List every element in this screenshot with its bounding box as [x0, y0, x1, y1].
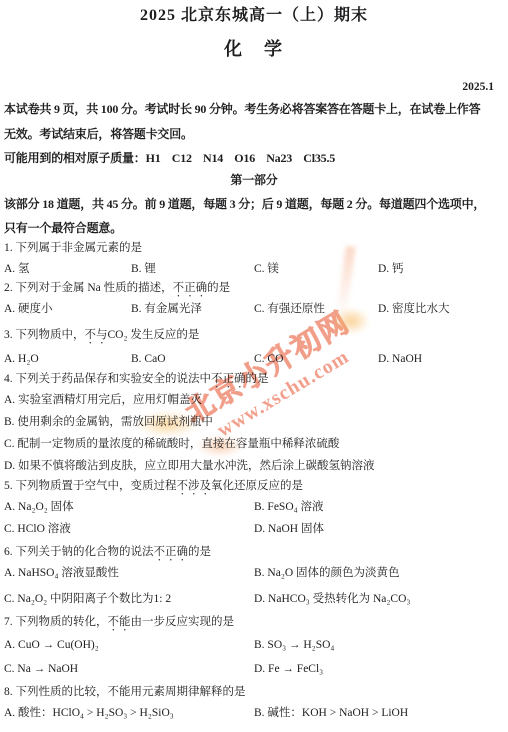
stem-text: 的是: [246, 373, 269, 385]
stem-text: 由一步反应实现的是: [131, 616, 235, 628]
option-b: B. SO₃ → H₂SO₄: [254, 637, 334, 653]
stem-text: CO₂ 发生反应的是: [108, 329, 200, 341]
stem-emphasis: 不能: [108, 616, 131, 628]
atomic-mass-line: 可能用到的相对原子质量：H1 C12 N14 O16 Na23 Cl35.5: [4, 150, 504, 170]
option-d: D. NaOH 固体: [254, 521, 324, 537]
stem-text: 的是: [188, 546, 211, 558]
question-4-option-d: D. 如果不慎将酸沾到皮肤，应立即用大量水冲洗，然后涂上碳酸氢钠溶液: [4, 458, 504, 478]
option-a: A. 酸性：HClO₄ > H₂SO₃ > H₂SiO₃: [4, 705, 174, 721]
stem-emphasis: 不正确: [154, 546, 189, 558]
option-c: C. CO: [254, 351, 283, 367]
question-5-options-row-1: A. Na₂O₂ 固体 B. FeSO₄ 溶液: [4, 499, 504, 519]
stem-text: 3. 下列物质中，: [4, 329, 85, 341]
section-title: 第一部分: [0, 172, 508, 192]
option-b: B. Na₂O 固体的颜色为淡黄色: [254, 565, 400, 581]
option-a: A. CuO → Cu(OH)₂: [4, 637, 99, 653]
section-desc-line-1: 该部分 18 道题，共 45 分。前 9 道题，每题 3 分；后 9 道题，每题…: [4, 196, 504, 216]
option-d: D. 钙: [378, 261, 404, 277]
question-7-options-row-1: A. CuO → Cu(OH)₂ B. SO₃ → H₂SO₄: [4, 637, 504, 657]
option-a: A. Na₂O₂ 固体: [4, 499, 74, 515]
stem-text: 1. 下列属于非金属元素的是: [4, 242, 142, 254]
stem-emphasis: 不正确: [173, 282, 208, 294]
question-1-stem: 1. 下列属于非金属元素的是: [4, 240, 504, 260]
option-b: B. 锂: [131, 261, 156, 277]
question-2-stem: 2. 下列对于金属 Na 性质的描述，不正确的是: [4, 280, 504, 300]
stem-text: 8. 下列性质的比较，不能用元素周期律解释的是: [4, 686, 246, 698]
question-3-options: A. H₂O B. CaO C. CO D. NaOH: [4, 351, 504, 371]
option-a: A. 氢: [4, 261, 30, 277]
option-d: D. Fe → FeCl₃: [254, 661, 323, 677]
option-c: C. 有强还原性: [254, 301, 325, 317]
question-7-options-row-2: C. Na → NaOH D. Fe → FeCl₃: [4, 661, 504, 681]
option-c: C. 镁: [254, 261, 279, 277]
stem-emphasis: 不正确: [211, 373, 246, 385]
section-desc-line-2: 只有一个最符合题意。: [4, 220, 504, 240]
stem-text: 7. 下列物质的转化，: [4, 616, 108, 628]
instructions-line-1: 本试卷共 9 页，共 100 分。考试时长 90 分钟。考生务必将答案答在答题卡…: [4, 101, 504, 121]
question-6-options-row-1: A. NaHSO₄ 溶液显酸性 B. Na₂O 固体的颜色为淡黄色: [4, 565, 504, 585]
question-4-option-b: B. 使用剩余的金属钠，需放回原试剂瓶中: [4, 414, 504, 434]
stem-text: 4. 下列关于药品保存和实验安全的说法中: [4, 373, 211, 385]
question-5-stem: 5. 下列物质置于空气中，变质过程不涉及氧化还原反应的是: [4, 478, 504, 498]
stem-text: 5. 下列物质置于空气中，变质过程: [4, 480, 177, 492]
question-6-options-row-2: C. Na₂O₂ 中阴阳离子个数比为1: 2 D. NaHCO₃ 受热转化为 N…: [4, 591, 504, 611]
question-7-stem: 7. 下列物质的转化，不能由一步反应实现的是: [4, 614, 504, 634]
option-a: A. NaHSO₄ 溶液显酸性: [4, 565, 119, 581]
question-1-options: A. 氢 B. 锂 C. 镁 D. 钙: [4, 261, 504, 281]
exam-date: 2025.1: [4, 79, 494, 99]
stem-text: 的是: [207, 282, 230, 294]
question-8-stem: 8. 下列性质的比较，不能用元素周期律解释的是: [4, 684, 504, 704]
stem-text: 2. 下列对于金属 Na 性质的描述，: [4, 282, 173, 294]
question-4-option-a: A. 实验室酒精灯用完后，应用灯帽盖灭: [4, 392, 504, 412]
stem-emphasis: 不与: [85, 329, 108, 341]
exam-subject: 化 学: [0, 41, 508, 61]
option-b: B. 有金属光泽: [131, 301, 202, 317]
option-d: D. 密度比水大: [378, 301, 450, 317]
instructions-line-2: 无效。考试结束后，将答题卡交回。: [4, 126, 504, 146]
question-3-stem: 3. 下列物质中，不与CO₂ 发生反应的是: [4, 327, 504, 347]
option-c: C. Na → NaOH: [4, 661, 78, 677]
question-8-options-row-1: A. 酸性：HClO₄ > H₂SO₃ > H₂SiO₃ B. 碱性：KOH >…: [4, 705, 504, 725]
exam-title: 2025 北京东城高一（上）期末: [0, 8, 508, 28]
option-b: B. FeSO₄ 溶液: [254, 499, 324, 515]
option-a: A. H₂O: [4, 351, 39, 367]
option-a: A. 硬度小: [4, 301, 53, 317]
option-c: C. HClO 溶液: [4, 521, 71, 537]
stem-emphasis: 不涉及: [177, 480, 212, 492]
option-c: C. Na₂O₂ 中阴阳离子个数比为1: 2: [4, 591, 171, 607]
option-d: D. NaOH: [378, 351, 422, 367]
option-b: B. 碱性：KOH > NaOH > LiOH: [254, 705, 408, 721]
question-2-options: A. 硬度小 B. 有金属光泽 C. 有强还原性 D. 密度比水大: [4, 301, 504, 321]
question-4-stem: 4. 下列关于药品保存和实验安全的说法中不正确的是: [4, 371, 504, 391]
stem-text: 氧化还原反应的是: [211, 480, 303, 492]
stem-text: 6. 下列关于钠的化合物的说法: [4, 546, 154, 558]
option-d: D. NaHCO₃ 受热转化为 Na₂CO₃: [254, 591, 410, 607]
question-6-stem: 6. 下列关于钠的化合物的说法不正确的是: [4, 544, 504, 564]
question-5-options-row-2: C. HClO 溶液 D. NaOH 固体: [4, 521, 504, 541]
exam-paper-page: 北京小升初网 www.xschu.com 2025 北京东城高一（上）期末 化 …: [0, 0, 508, 732]
question-4-option-c: C. 配制一定物质的量浓度的稀硫酸时，直接在容量瓶中稀释浓硫酸: [4, 436, 504, 456]
option-b: B. CaO: [131, 351, 166, 367]
